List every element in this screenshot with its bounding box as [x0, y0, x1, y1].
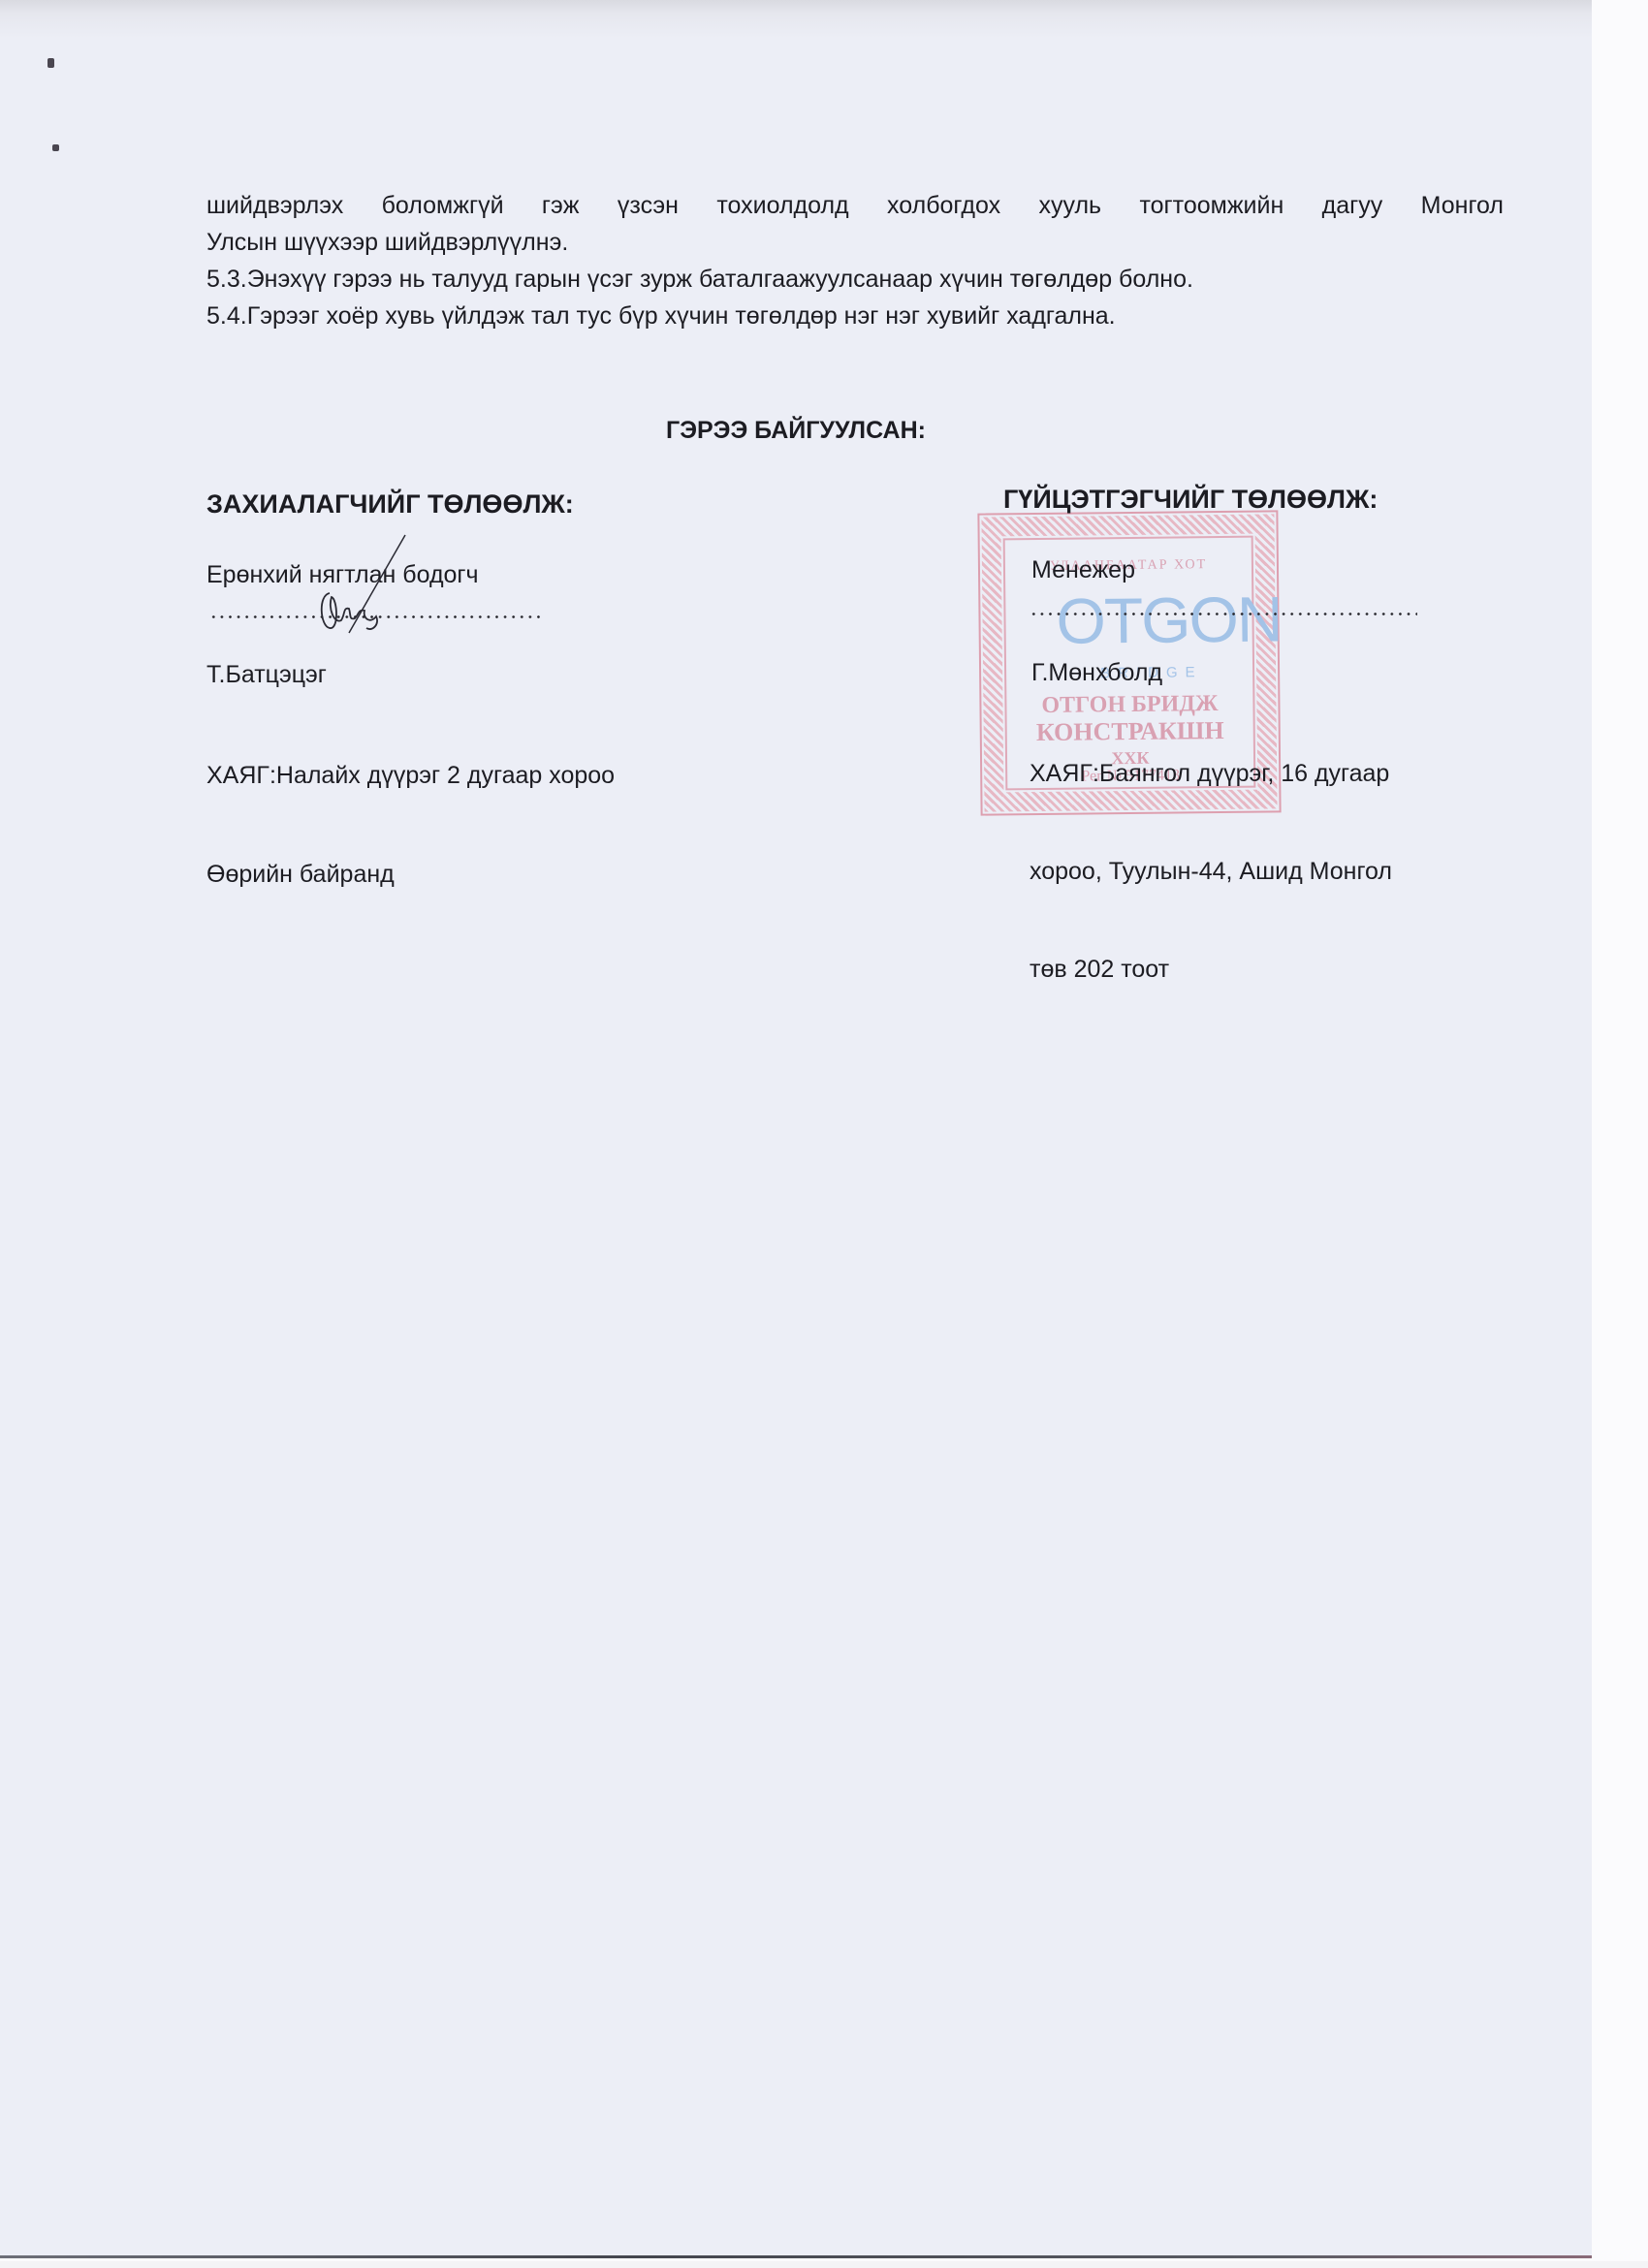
contractor-name: Г.Мөнхболд: [1031, 659, 1162, 687]
contractor-signature-line: [1030, 613, 1417, 615]
punch-mark-bottom: [52, 144, 59, 151]
logo-wordmark: OTGON: [1056, 582, 1282, 657]
contractor-address-line-2: хороо, Туулын-44, Ашид Монгол: [1030, 858, 1392, 886]
punch-mark-top: [48, 58, 54, 68]
client-heading: ЗАХИАЛАГЧИЙГ ТӨЛӨӨЛЖ:: [206, 489, 574, 520]
client-signature: [291, 531, 407, 638]
scanner-margin: [1592, 0, 1648, 2268]
contractor-heading: ГҮЙЦЭТГЭГЧИЙГ ТӨЛӨӨЛЖ:: [1003, 485, 1378, 515]
contractor-address-line-1: ХАЯГ:Баянгол дүүрэг, 16 дугаар: [1030, 760, 1389, 788]
client-name: Т.Батцэцэг: [206, 661, 327, 689]
closing-clauses: шийдвэрлэх боломжгүй гэж үзсэн тохиолдол…: [206, 186, 1504, 335]
contractor-position: Менежер: [1031, 556, 1135, 584]
clause-5-3: 5.3.Энэхүү гэрээ нь талууд гарын үсэг зу…: [206, 260, 1504, 299]
scanned-page: [0, 0, 1592, 2258]
scanner-margin-bottom: [0, 2261, 1648, 2268]
client-address-line-2: Өөрийн байранд: [206, 861, 395, 889]
contractor-address-line-3: төв 202 тоот: [1030, 956, 1169, 984]
signing-title: ГЭРЭЭ БАЙГУУЛСАН:: [0, 417, 1592, 445]
client-address-line-1: ХАЯГ:Налайх дүүрэг 2 дугаар хороо: [206, 762, 615, 790]
paragraph-line-2: Улсын шүүхээр шийдвэрлүүлнэ.: [206, 223, 1504, 262]
clause-5-4: 5.4.Гэрээг хоёр хувь үйлдэж тал тус бүр …: [206, 297, 1504, 335]
paragraph-line-1: шийдвэрлэх боломжгүй гэж үзсэн тохиолдол…: [206, 186, 1504, 225]
stamp-company-line-2: КОНСТРАКШН: [980, 715, 1281, 747]
